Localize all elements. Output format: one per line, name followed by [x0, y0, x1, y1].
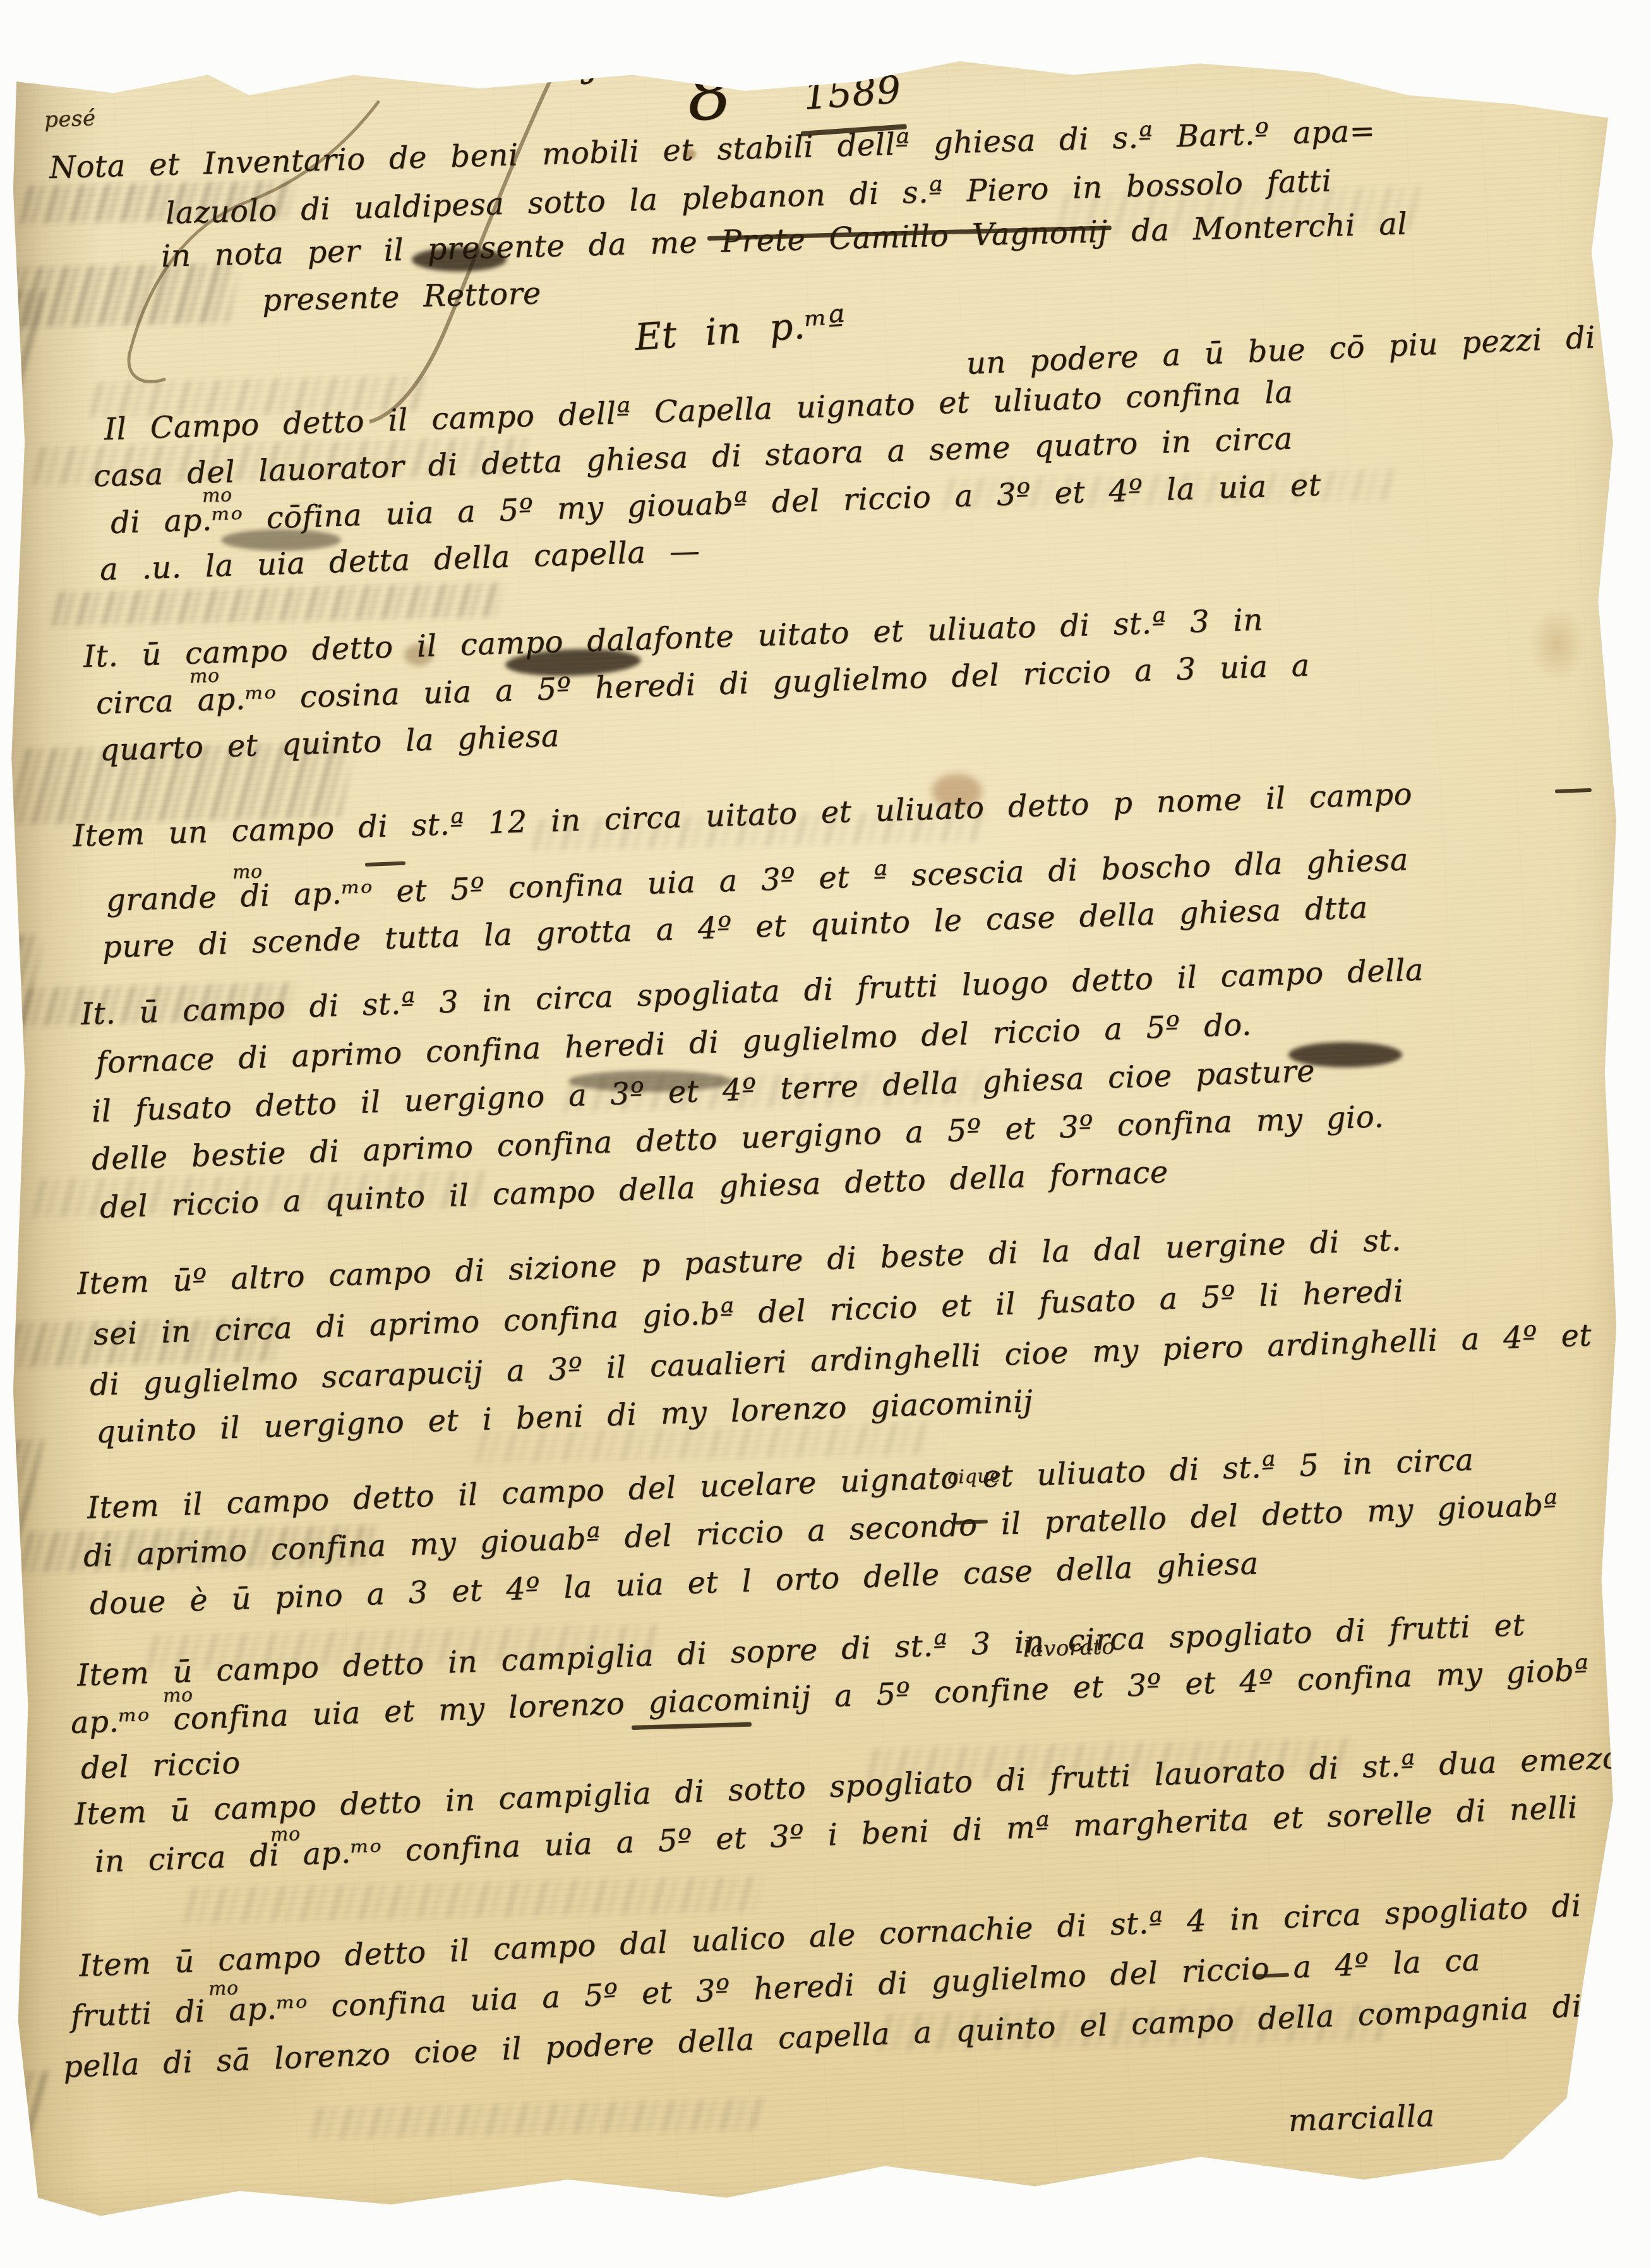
- folio-number: 472: [1443, 45, 1508, 85]
- date-month-suffix: bre: [733, 54, 786, 92]
- interlinear-note: mo: [232, 860, 263, 884]
- interlinear-note: mo: [189, 664, 220, 688]
- paper-sheet: ecc.ª parochia di S. Bart. à palazzuolo …: [0, 0, 1651, 2268]
- ink-smear: [221, 529, 341, 551]
- ink-blot: [1288, 1042, 1402, 1067]
- interlinear-note: mo: [270, 1823, 301, 1846]
- interlinear-note: mo: [201, 484, 232, 507]
- interlinear-note: mo: [208, 1977, 239, 2000]
- manuscript-line: marcialla: [1288, 2098, 1436, 2139]
- interlinear-note: lavorato: [1023, 1634, 1115, 1662]
- ink-blot: [412, 248, 507, 272]
- fox-spot: [1487, 81, 1506, 96]
- interlinear-note: cique: [947, 1465, 1001, 1489]
- marginal-note-pese: pesé: [44, 105, 96, 133]
- ink-smear: [568, 1071, 733, 1092]
- marginal-note-parish: ecc.ª parochia di S. Bart.: [49, 0, 369, 44]
- manuscript-line: presente Rettore: [261, 275, 541, 318]
- marginal-note-place: à palazzuolo in valle: [37, 46, 294, 85]
- interlinear-note: mo: [162, 1684, 193, 1707]
- manuscript-scan: ecc.ª parochia di S. Bart. à palazzuolo …: [0, 0, 1651, 2268]
- date-month-numeral: 8: [686, 66, 734, 124]
- archival-number: 361: [810, 22, 869, 62]
- manuscript-line: del riccio: [80, 1745, 241, 1786]
- year: 1589: [802, 68, 903, 119]
